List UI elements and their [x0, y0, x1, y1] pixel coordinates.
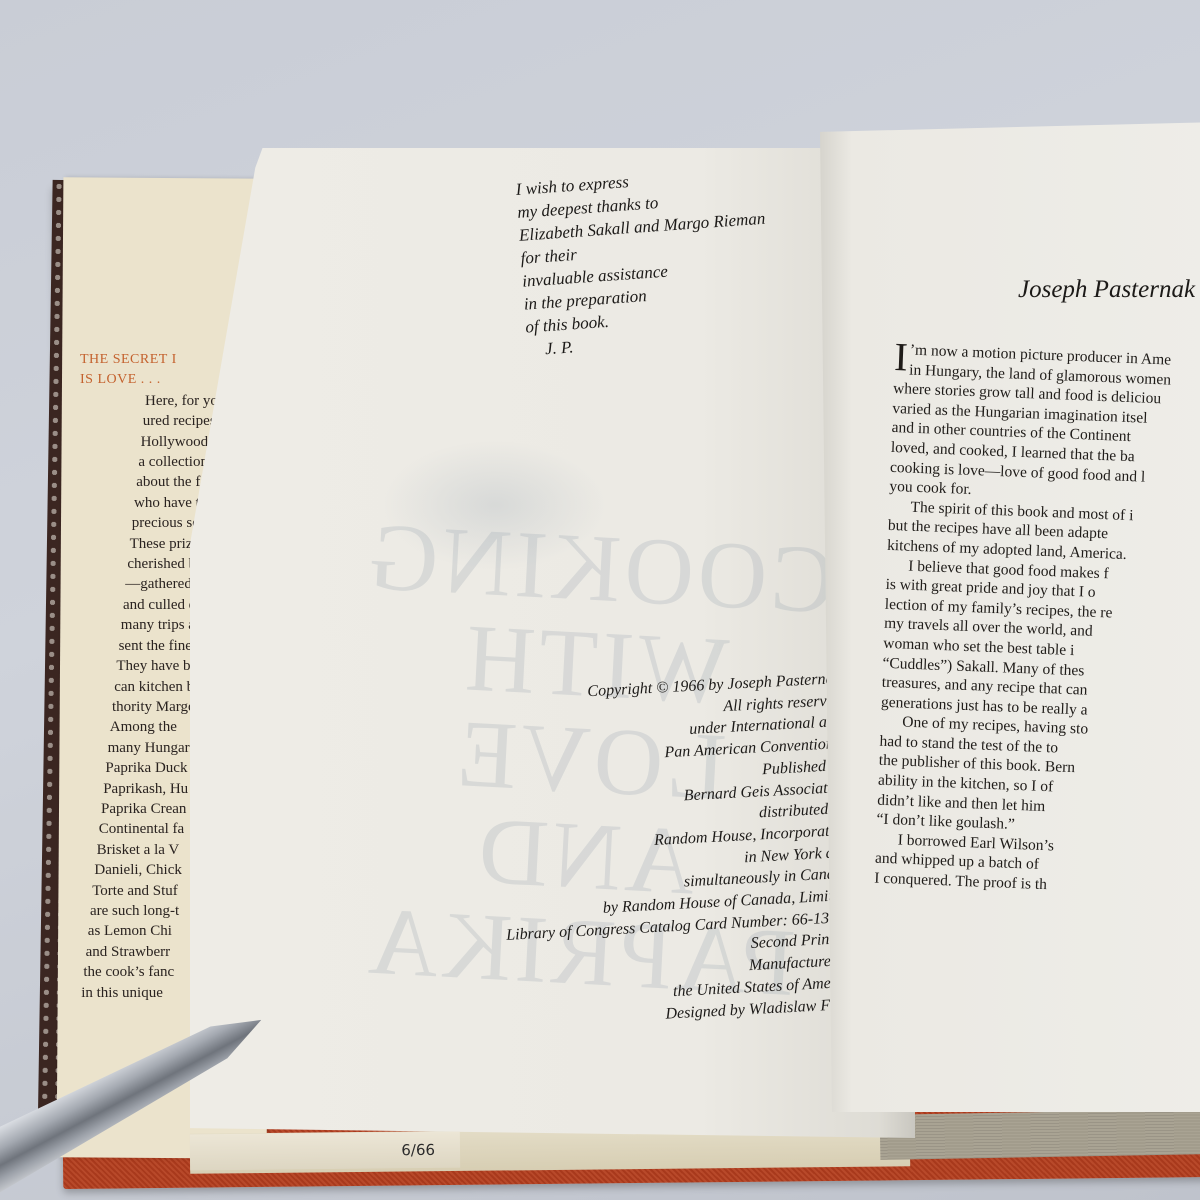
library-date-label: 6/66 — [190, 1132, 460, 1171]
dedication: I wish to express my deepest thanks to E… — [515, 156, 847, 362]
page-block-right-edge — [880, 1109, 1200, 1160]
drop-cap: I — [894, 342, 908, 372]
foreword-text: I’m now a motion picture producer in Ame… — [874, 340, 1200, 901]
foreword-author-title: Joseph Pasternak — [1018, 276, 1195, 304]
copyright-notice: Copyright © 1966 by Joseph PasternakAll … — [421, 668, 859, 1037]
